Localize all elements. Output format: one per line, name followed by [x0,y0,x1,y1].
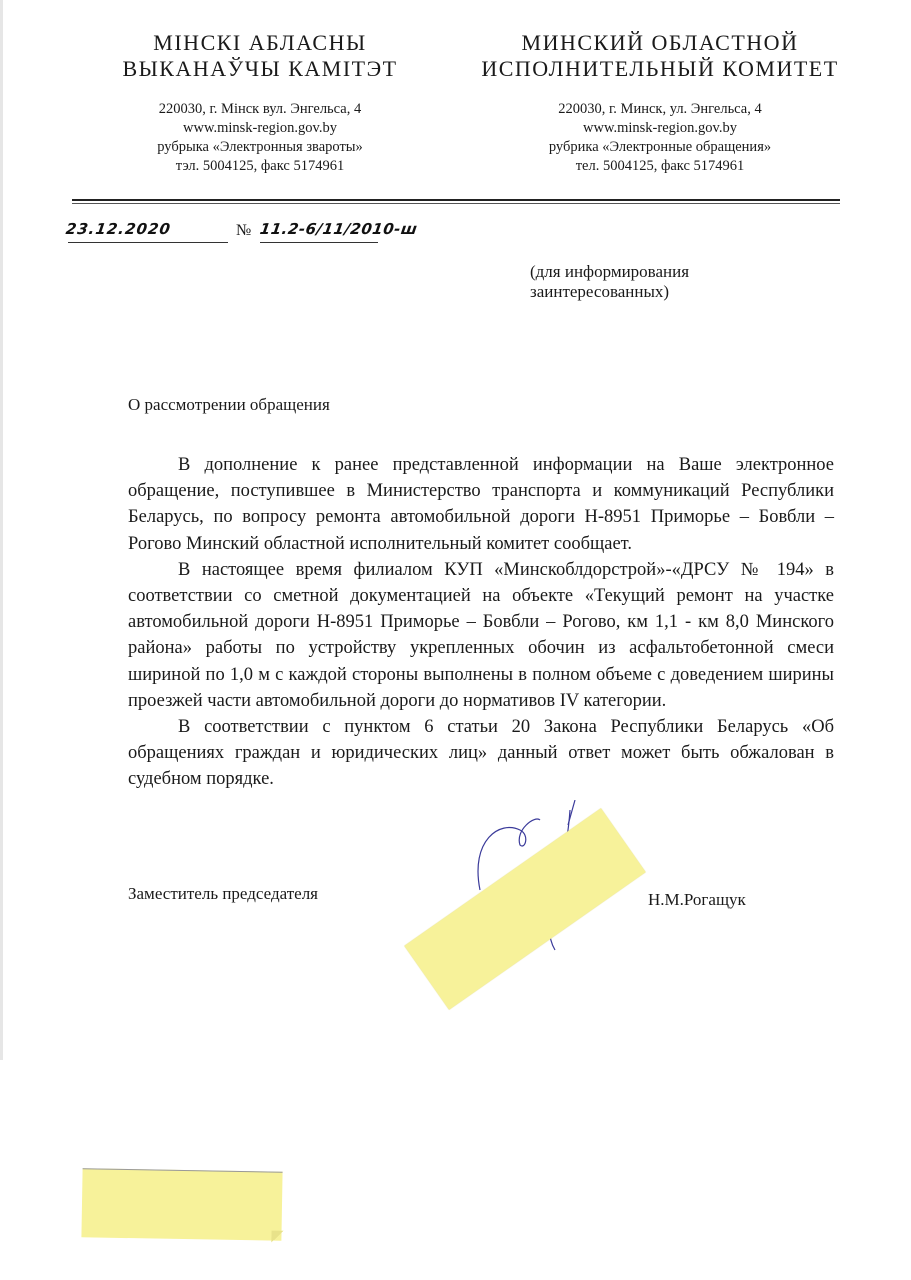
org-address: 220030, г. Минск, ул. Энгельса, 4 [470,100,850,119]
org-rubric: рубрика «Электронные обращения» [470,138,850,157]
addressee: (для информирования заинтересованных) [530,262,689,302]
org-website: www.minsk-region.gov.by [470,119,850,138]
handwritten-reg-number: 11.2-6/11/2010-ш [259,220,419,238]
org-name-line2: ИСПОЛНИТЕЛЬНЫЙ КОМИТЕТ [470,56,850,82]
org-phone: тел. 5004125, факс 5174961 [470,157,850,176]
body-paragraph: В дополнение к ранее представленной инфо… [128,452,834,557]
org-address: 220030, г. Мінск вул. Энгельса, 4 [100,100,420,119]
header-belarusian: МІНСКІ АБЛАСНЫ ВЫКАНАЎЧЫ КАМІТЭТ 220030,… [100,30,420,176]
handwritten-date: 23.12.2020 [65,220,172,238]
org-name-line1: МІНСКІ АБЛАСНЫ [100,30,420,56]
org-rubric: рубрыка «Электронныя звароты» [100,138,420,157]
signatory-name: Н.М.Рогащук [648,890,746,910]
org-contact: 220030, г. Мінск вул. Энгельса, 4 www.mi… [100,100,420,176]
folded-corner [271,1231,283,1243]
org-website: www.minsk-region.gov.by [100,119,420,138]
number-sign: № [236,222,251,240]
signatory-role: Заместитель председателя [128,884,318,904]
letter-subject: О рассмотрении обращения [128,395,330,415]
sticky-note-bottom [81,1168,282,1240]
org-contact: 220030, г. Минск, ул. Энгельса, 4 www.mi… [470,100,850,176]
number-underline [260,242,378,243]
header-divider [72,199,840,201]
body-paragraph: В настоящее время филиалом КУП «Минскобл… [128,557,834,714]
header-russian: МИНСКИЙ ОБЛАСТНОЙ ИСПОЛНИТЕЛЬНЫЙ КОМИТЕТ… [470,30,850,176]
org-name-line1: МИНСКИЙ ОБЛАСТНОЙ [470,30,850,56]
org-phone: тэл. 5004125, факс 5174961 [100,157,420,176]
date-underline [68,242,228,243]
addressee-line1: (для информирования [530,262,689,282]
registration-line: 23.12.2020 № 11.2-6/11/2010-ш [60,218,580,248]
letter-body: В дополнение к ранее представленной инфо… [128,452,834,793]
addressee-line2: заинтересованных) [530,282,689,302]
scan-edge [0,0,3,1060]
org-name-line2: ВЫКАНАЎЧЫ КАМІТЭТ [100,56,420,82]
header-divider-thin [72,203,840,204]
body-paragraph: В соответствии с пунктом 6 статьи 20 Зак… [128,714,834,793]
